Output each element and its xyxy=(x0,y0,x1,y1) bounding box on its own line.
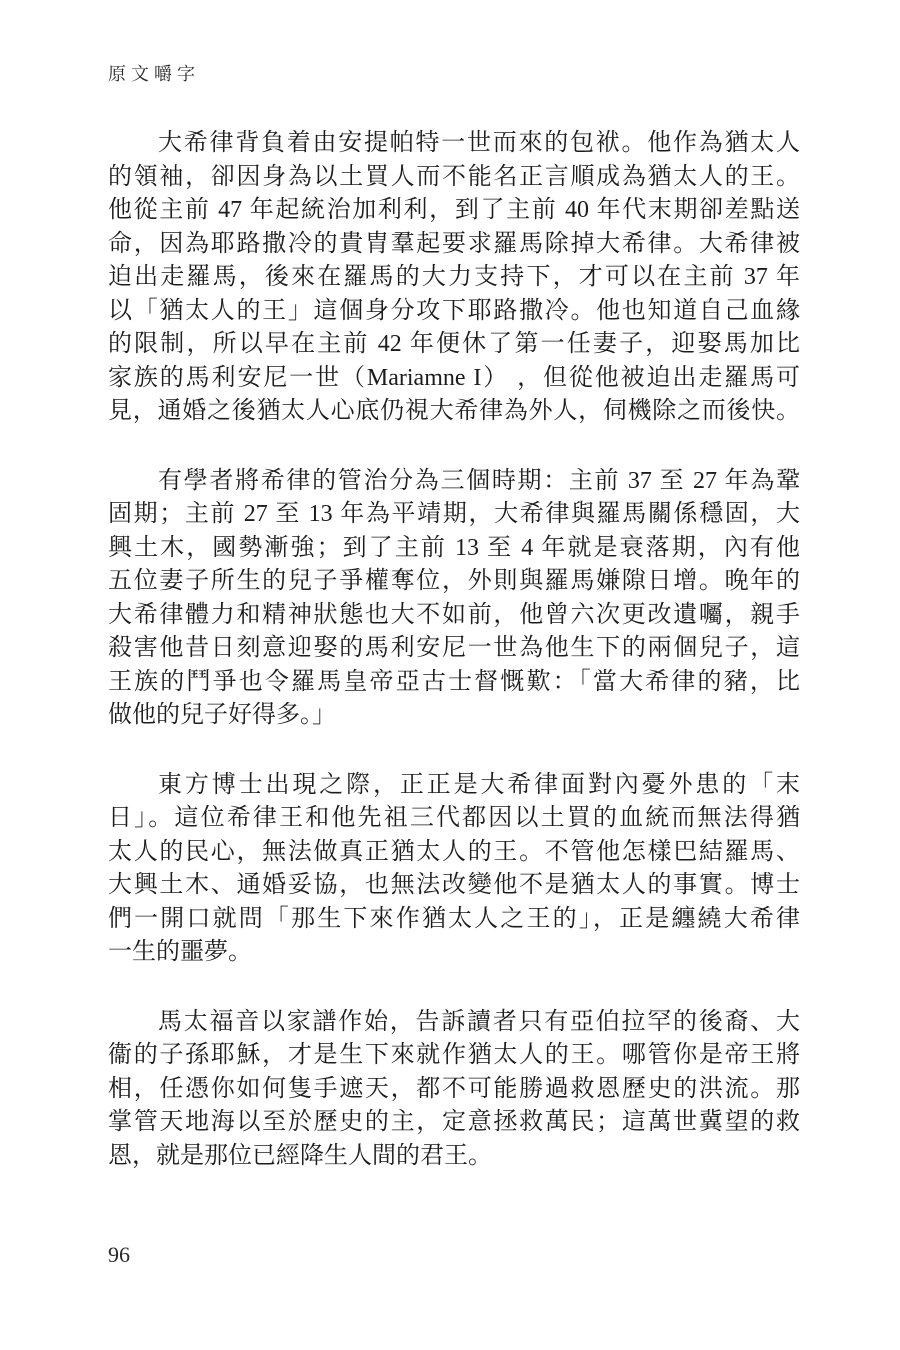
text-line: 以「猶太人的王」這個身分攻下耶路撒冷。他也知道自己血緣 xyxy=(108,295,800,329)
text-line: 太人的民心，無法做真正猶太人的王。不管他怎樣巴結羅馬、 xyxy=(108,836,800,870)
running-header: 原文嚼字 xyxy=(108,60,200,86)
text-line: 衞的子孫耶穌，才是生下來就作猶太人的王。哪管你是帝王將 xyxy=(108,1039,800,1073)
page-number: 96 xyxy=(108,1242,130,1268)
text-line: 有學者將希律的管治分為三個時期：主前 37 至 27 年為鞏 xyxy=(108,465,800,499)
text-line: 殺害他昔日刻意迎娶的馬利安尼一世為他生下的兩個兒子，這 xyxy=(108,632,800,666)
text-line: 他從主前 47 年起統治加利利，到了主前 40 年代末期卻差點送 xyxy=(108,194,800,228)
text-line: 家族的馬利安尼一世（Mariamne I） ，但從他被迫出走羅馬可 xyxy=(108,362,800,396)
text-line: 們一開口就問「那生下來作猶太人之王的」，正是纏繞大希律 xyxy=(108,903,800,937)
text-line: 一生的噩夢。 xyxy=(108,936,800,970)
text-line: 東方博士出現之際，正正是大希律面對內憂外患的「末 xyxy=(108,769,800,803)
paragraph-1: 大希律背負着由安提帕特一世而來的包袱。他作為猶太人 的領袖，卻因身為以土買人而不… xyxy=(108,127,800,429)
text-line: 見，通婚之後猶太人心底仍視大希律為外人，伺機除之而後快。 xyxy=(108,395,800,429)
paragraph-4: 馬太福音以家譜作始，告訴讀者只有亞伯拉罕的後裔、大 衞的子孫耶穌，才是生下來就作… xyxy=(108,1006,800,1174)
text-line: 相，任憑你如何隻手遮天，都不可能勝過救恩歷史的洪流。那 xyxy=(108,1073,800,1107)
text-line: 王族的鬥爭也令羅馬皇帝亞古士督慨歎：「當大希律的豬，比 xyxy=(108,666,800,700)
text-line: 日」。這位希律王和他先祖三代都因以土買的血統而無法得猶 xyxy=(108,802,800,836)
text-line: 迫出走羅馬，後來在羅馬的大力支持下，才可以在主前 37 年 xyxy=(108,261,800,295)
text-line: 固期；主前 27 至 13 年為平靖期，大希律與羅馬關係穩固，大 xyxy=(108,498,800,532)
text-line: 大興土木、通婚妥協，也無法改變他不是猶太人的事實。博士 xyxy=(108,869,800,903)
book-page: 原文嚼字 大希律背負着由安提帕特一世而來的包袱。他作為猶太人 的領袖，卻因身為以… xyxy=(0,0,900,1350)
paragraph-3: 東方博士出現之際，正正是大希律面對內憂外患的「末 日」。這位希律王和他先祖三代都… xyxy=(108,769,800,970)
text-line: 的領袖，卻因身為以土買人而不能名正言順成為猶太人的王。 xyxy=(108,161,800,195)
text-body: 大希律背負着由安提帕特一世而來的包袱。他作為猶太人 的領袖，卻因身為以土買人而不… xyxy=(108,127,800,1209)
text-line: 命，因為耶路撒冷的貴胄羣起要求羅馬除掉大希律。大希律被 xyxy=(108,228,800,262)
text-line: 恩，就是那位已經降生人間的君王。 xyxy=(108,1140,800,1174)
text-line: 馬太福音以家譜作始，告訴讀者只有亞伯拉罕的後裔、大 xyxy=(108,1006,800,1040)
text-line: 的限制，所以早在主前 42 年便休了第一任妻子，迎娶馬加比 xyxy=(108,328,800,362)
text-line: 五位妻子所生的兒子爭權奪位，外則與羅馬嫌隙日增。晚年的 xyxy=(108,565,800,599)
text-line: 做他的兒子好得多。」 xyxy=(108,699,800,733)
text-line: 大希律背負着由安提帕特一世而來的包袱。他作為猶太人 xyxy=(108,127,800,161)
text-line: 大希律體力和精神狀態也大不如前，他曾六次更改遺囑，親手 xyxy=(108,599,800,633)
text-line: 興土木，國勢漸強；到了主前 13 至 4 年就是衰落期，內有他 xyxy=(108,532,800,566)
paragraph-2: 有學者將希律的管治分為三個時期：主前 37 至 27 年為鞏 固期；主前 27 … xyxy=(108,465,800,733)
text-line: 掌管天地海以至於歷史的主，定意拯救萬民；這萬世冀望的救 xyxy=(108,1106,800,1140)
